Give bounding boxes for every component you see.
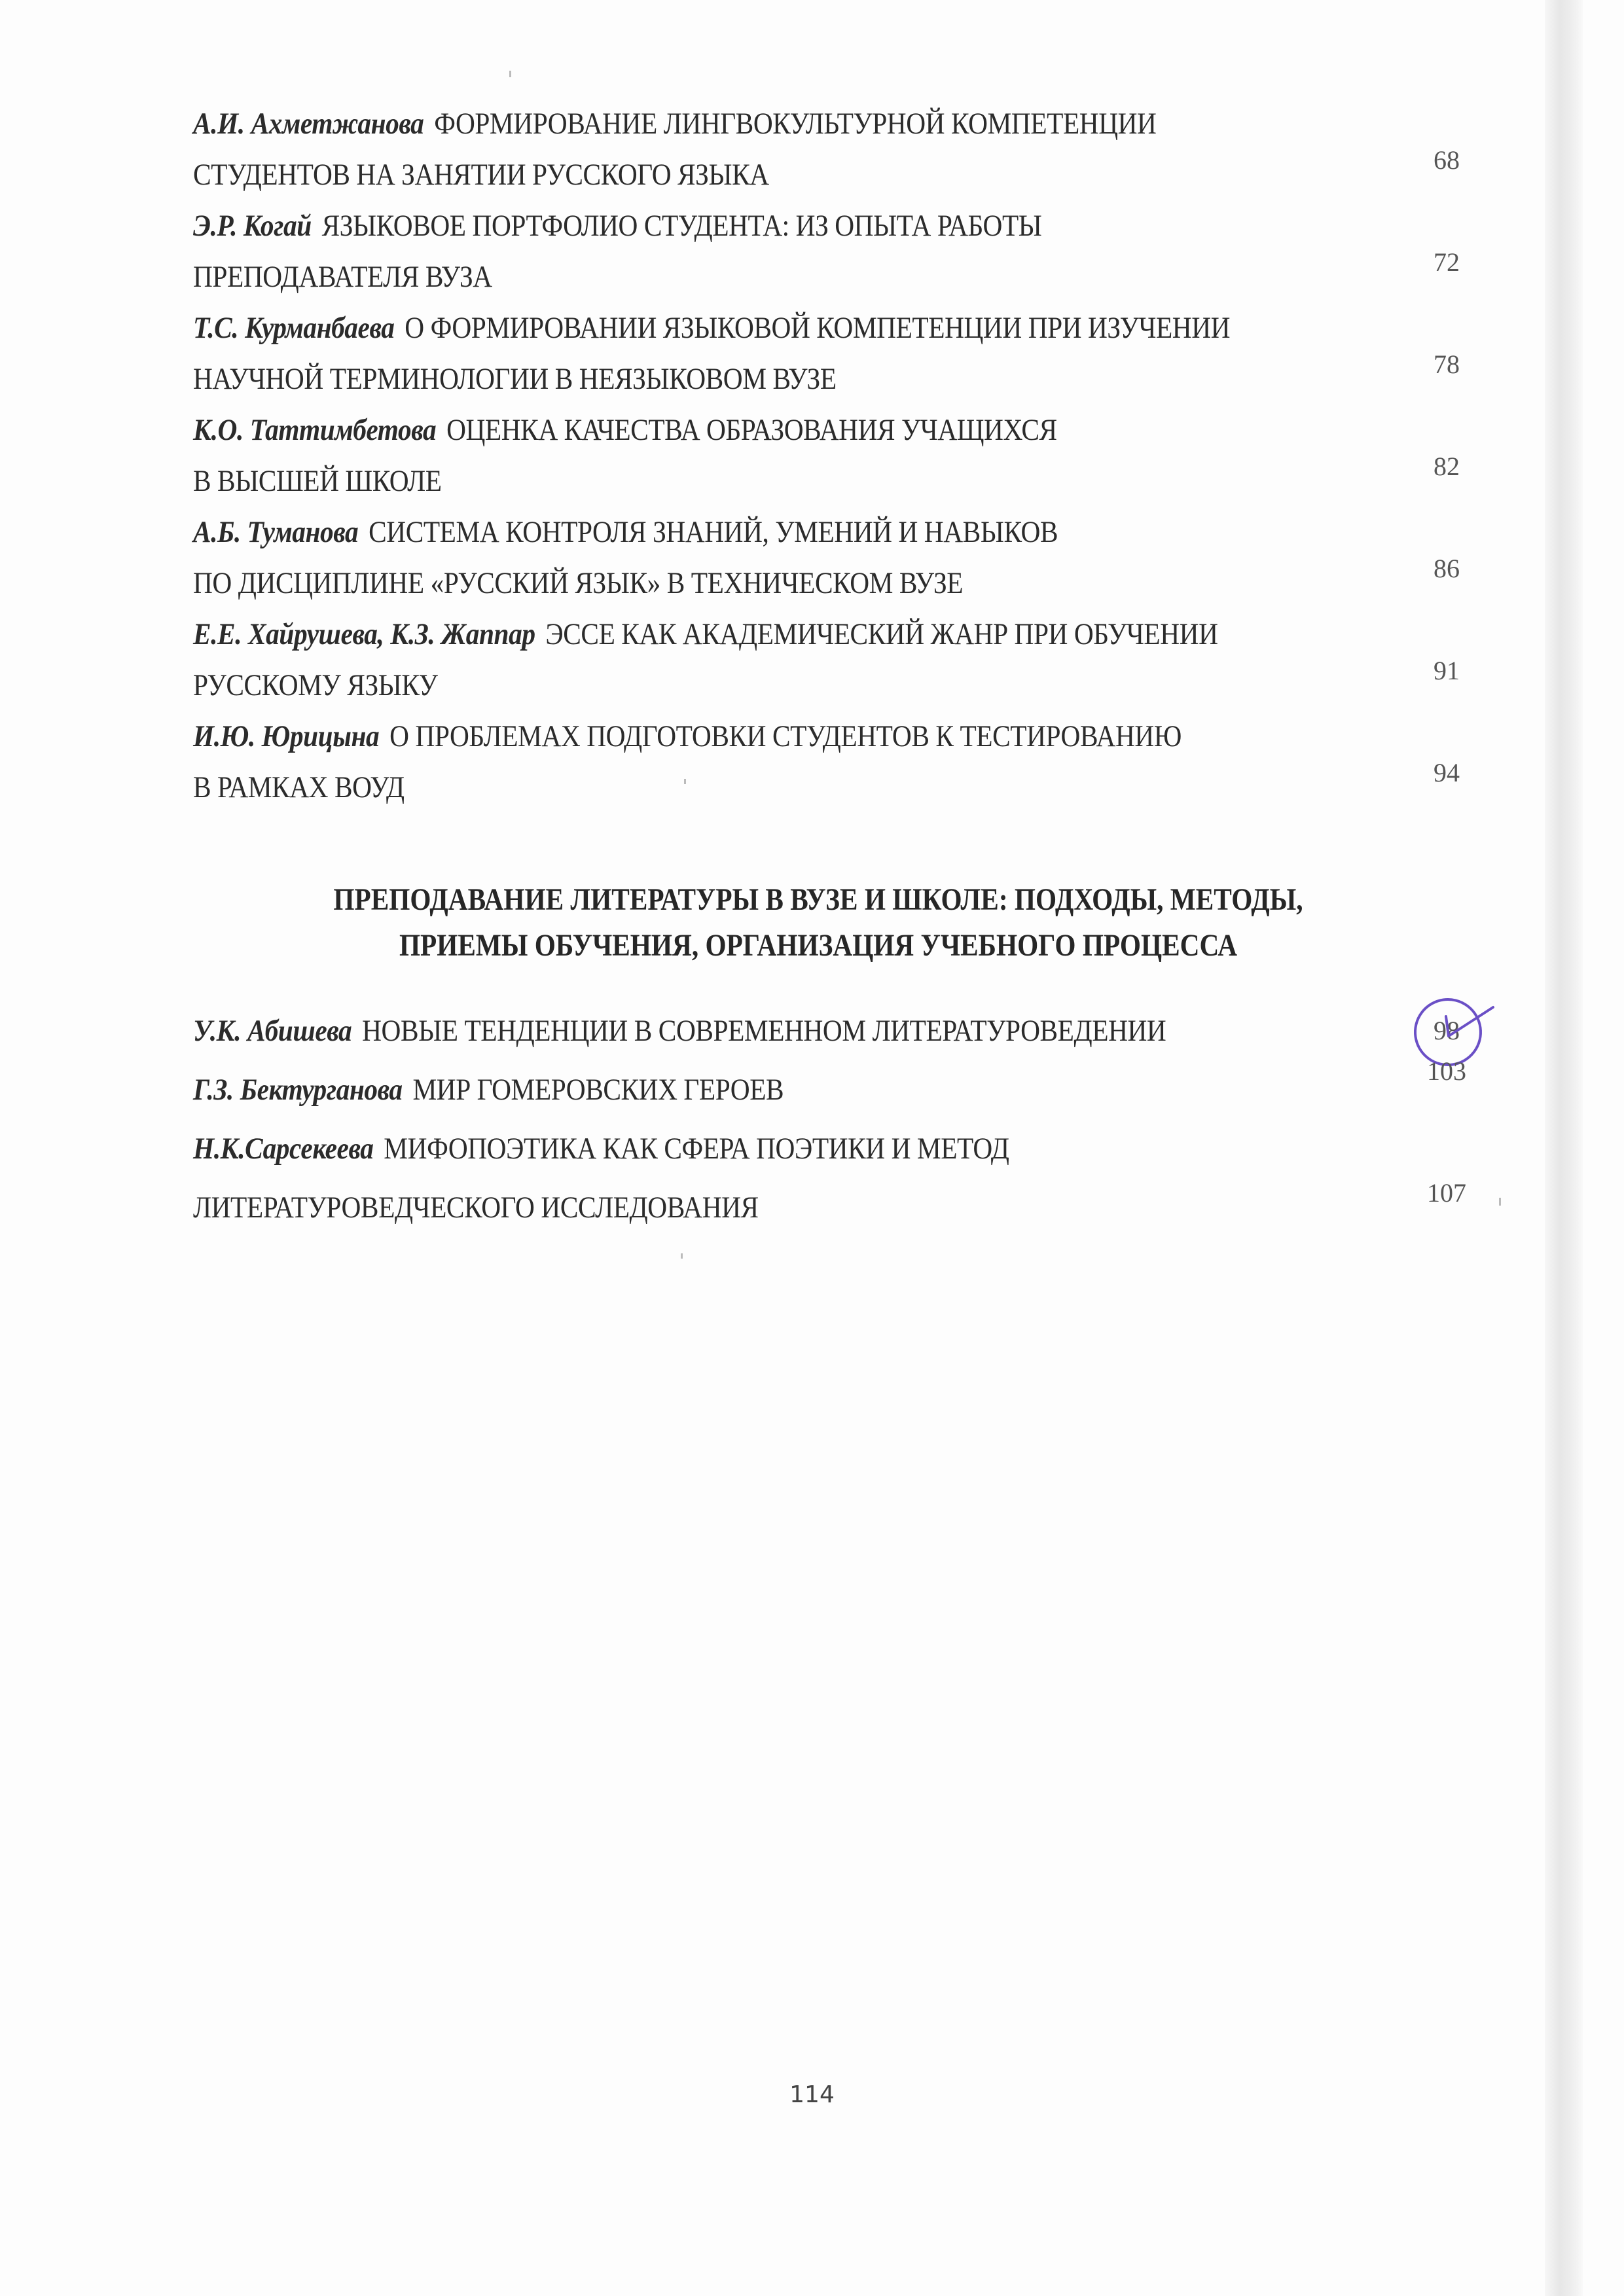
scan-speck xyxy=(684,779,686,784)
entry-author: Э.Р. Когай xyxy=(193,209,312,243)
entry-title-line2: СТУДЕНТОВ НА ЗАНЯТИИ РУССКОГО ЯЗЫКА xyxy=(193,158,769,192)
entry-title-line1: ЯЗЫКОВОЕ ПОРТФОЛИО СТУДЕНТА: ИЗ ОПЫТА РА… xyxy=(322,209,1042,243)
entry-page-number: 86 xyxy=(1411,543,1483,594)
table-of-contents-part-1: А.И. АхметжановаФОРМИРОВАНИЕ ЛИНГВОКУЛЬТ… xyxy=(193,98,1483,813)
toc-entry: Н.К.СарсекееваМИФОПОЭТИКА КАК СФЕРА ПОЭТ… xyxy=(193,1119,1483,1237)
entry-author: Т.С. Курманбаева xyxy=(193,311,394,345)
entry-author: Е.Е. Хайрушева, К.З. Жаппар xyxy=(193,617,535,651)
entry-title-line2: В РАМКАХ ВОУД xyxy=(193,770,405,804)
toc-entry: Г.З. БектургановаМИР ГОМЕРОВСКИХ ГЕРОЕВ … xyxy=(193,1060,1483,1119)
entry-page-number: 82 xyxy=(1411,441,1483,492)
toc-entry: И.Ю. ЮрицынаО ПРОБЛЕМАХ ПОДГОТОВКИ СТУДЕ… xyxy=(193,711,1483,813)
toc-entry: Э.Р. КогайЯЗЫКОВОЕ ПОРТФОЛИО СТУДЕНТА: И… xyxy=(193,200,1483,302)
entry-page-number: 103 xyxy=(1411,1042,1483,1101)
scan-speck xyxy=(509,71,511,77)
entry-author: У.К. Абишева xyxy=(193,1014,352,1048)
entry-title-line1: МИФОПОЭТИКА КАК СФЕРА ПОЭТИКИ И МЕТОД xyxy=(384,1132,1009,1166)
entry-title-line2: ПРЕПОДАВАТЕЛЯ ВУЗА xyxy=(193,260,492,294)
toc-entry: У.К. АбишеваНОВЫЕ ТЕНДЕНЦИИ В СОВРЕМЕННО… xyxy=(193,1001,1483,1060)
toc-entry: Т.С. КурманбаеваО ФОРМИРОВАНИИ ЯЗЫКОВОЙ … xyxy=(193,302,1483,404)
toc-entry: К.О. ТаттимбетоваОЦЕНКА КАЧЕСТВА ОБРАЗОВ… xyxy=(193,404,1483,507)
entry-author: А.Б. Туманова xyxy=(193,515,358,549)
entry-title-line1: О ПРОБЛЕМАХ ПОДГОТОВКИ СТУДЕНТОВ К ТЕСТИ… xyxy=(389,719,1182,753)
entry-title-line2: ПО ДИСЦИПЛИНЕ «РУССКИЙ ЯЗЫК» В ТЕХНИЧЕСК… xyxy=(193,566,963,600)
entry-title-line1: СИСТЕМА КОНТРОЛЯ ЗНАНИЙ, УМЕНИЙ И НАВЫКО… xyxy=(369,515,1058,549)
scan-speck xyxy=(1499,1198,1501,1206)
entry-title-line1: НОВЫЕ ТЕНДЕНЦИИ В СОВРЕМЕННОМ ЛИТЕРАТУРО… xyxy=(362,1014,1166,1048)
entry-author: Г.З. Бектурганова xyxy=(193,1073,403,1107)
entry-title-line2: ЛИТЕРАТУРОВЕДЧЕСКОГО ИССЛЕДОВАНИЯ xyxy=(193,1191,759,1225)
table-of-contents-part-2: У.К. АбишеваНОВЫЕ ТЕНДЕНЦИИ В СОВРЕМЕННО… xyxy=(193,1001,1483,1237)
entry-page-number: 91 xyxy=(1411,645,1483,696)
entry-title-line2: В ВЫСШЕЙ ШКОЛЕ xyxy=(193,464,442,498)
page-number: 114 xyxy=(0,2081,1624,2108)
entry-page-number: 94 xyxy=(1411,747,1483,798)
entry-page-number: 78 xyxy=(1411,339,1483,390)
entry-title-line1: ЭССЕ КАК АКАДЕМИЧЕСКИЙ ЖАНР ПРИ ОБУЧЕНИИ xyxy=(545,617,1218,651)
scan-shadow-edge xyxy=(1545,0,1583,2296)
entry-author: И.Ю. Юрицына xyxy=(193,719,379,753)
scan-speck xyxy=(681,1253,683,1259)
entry-title-line2: РУССКОМУ ЯЗЫКУ xyxy=(193,668,438,702)
entry-author: К.О. Таттимбетова xyxy=(193,413,436,447)
section-heading-line1: ПРЕПОДАВАНИЕ ЛИТЕРАТУРЫ В ВУЗЕ И ШКОЛЕ: … xyxy=(283,877,1353,923)
entry-page-number: 68 xyxy=(1411,135,1483,186)
section-heading: ПРЕПОДАВАНИЕ ЛИТЕРАТУРЫ В ВУЗЕ И ШКОЛЕ: … xyxy=(283,877,1353,969)
entry-title-line2: НАУЧНОЙ ТЕРМИНОЛОГИИ В НЕЯЗЫКОВОМ ВУЗЕ xyxy=(193,362,837,396)
entry-page-number: 107 xyxy=(1411,1164,1483,1223)
scanned-page: А.И. АхметжановаФОРМИРОВАНИЕ ЛИНГВОКУЛЬТ… xyxy=(0,0,1624,2296)
entry-title-line1: МИР ГОМЕРОВСКИХ ГЕРОЕВ xyxy=(412,1073,784,1107)
toc-entry: А.Б. ТумановаСИСТЕМА КОНТРОЛЯ ЗНАНИЙ, УМ… xyxy=(193,507,1483,609)
entry-author: А.И. Ахметжанова xyxy=(193,107,424,141)
entry-title-line1: ФОРМИРОВАНИЕ ЛИНГВОКУЛЬТУРНОЙ КОМПЕТЕНЦИ… xyxy=(434,107,1156,141)
entry-title-line1: ОЦЕНКА КАЧЕСТВА ОБРАЗОВАНИЯ УЧАЩИХСЯ xyxy=(446,413,1057,447)
toc-entry: Е.Е. Хайрушева, К.З. ЖаппарЭССЕ КАК АКАД… xyxy=(193,609,1483,711)
checkmark-icon xyxy=(1443,1005,1496,1044)
entry-title-line1: О ФОРМИРОВАНИИ ЯЗЫКОВОЙ КОМПЕТЕНЦИИ ПРИ … xyxy=(405,311,1230,345)
entry-page-number: 72 xyxy=(1411,237,1483,288)
entry-author: Н.К.Сарсекеева xyxy=(193,1132,373,1166)
section-heading-line2: ПРИЕМЫ ОБУЧЕНИЯ, ОРГАНИЗАЦИЯ УЧЕБНОГО ПР… xyxy=(283,923,1353,969)
toc-entry: А.И. АхметжановаФОРМИРОВАНИЕ ЛИНГВОКУЛЬТ… xyxy=(193,98,1483,200)
